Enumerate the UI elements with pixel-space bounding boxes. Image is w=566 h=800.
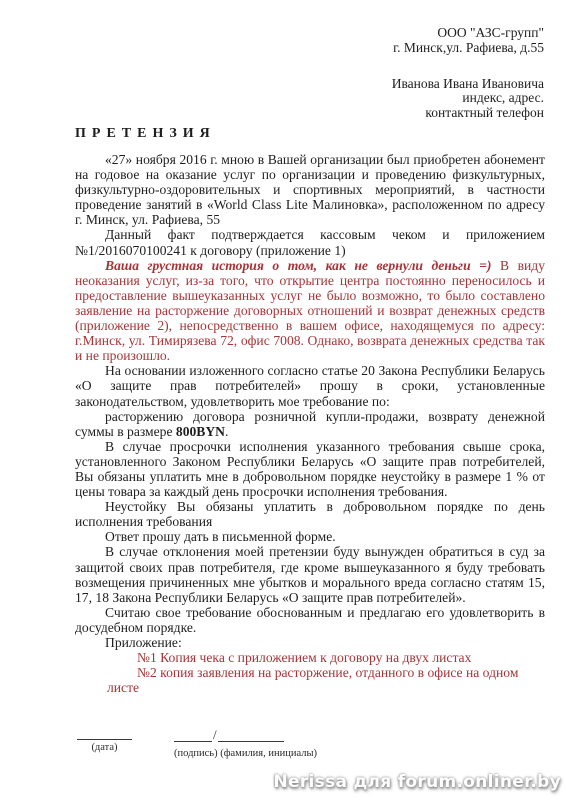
- date-label: (дата): [77, 742, 132, 753]
- document-page: ООО "АЗС-групп" г. Минск,ул. Рафиева, д.…: [0, 0, 566, 800]
- paragraph-penalty: В случае просрочки исполнения указанного…: [75, 439, 545, 499]
- signature-blank-line: [174, 732, 212, 742]
- paragraph-legal-basis: На основании изложенного согласно статье…: [75, 363, 545, 408]
- appendix-label: Приложение:: [75, 635, 545, 650]
- paragraph-purchase: «27» ноября 2016 г. мною в Вашей организ…: [75, 152, 545, 227]
- signature-label: (подпись) (фамилия, инициалы): [174, 748, 317, 759]
- signature-block: (дата) / (подпись) (фамилия, инициалы): [77, 730, 317, 759]
- recipient-block: ООО "АЗС-групп" г. Минск,ул. Рафиева, д.…: [392, 26, 544, 121]
- addressee-phone: контактный телефон: [392, 106, 544, 121]
- paragraph-penalty-payment: Неустойку Вы обязаны уплатить в добровол…: [75, 499, 545, 529]
- paragraph-court-warning: В случае отклонения моей претензии буду …: [75, 544, 545, 604]
- paragraph-demand: расторжению договора розничной купли-про…: [75, 409, 545, 439]
- signature-name-field: / (подпись) (фамилия, инициалы): [174, 730, 317, 759]
- appendix-item-1: №1 Копия чека с приложением к договору н…: [75, 650, 545, 665]
- red-story-lead: Ваша грустная история о том, как не верн…: [105, 258, 491, 273]
- document-title: ПРЕТЕНЗИЯ: [75, 126, 216, 142]
- paragraph-red-story: Ваша грустная история о том, как не верн…: [75, 258, 545, 364]
- red-story-rest: В виду неоказания услуг, из-за того, что…: [75, 258, 545, 364]
- paragraph-written-answer: Ответ прошу дать в письменной форме.: [75, 529, 545, 544]
- recipient-company-address: г. Минск,ул. Рафиева, д.55: [392, 41, 544, 56]
- date-field: (дата): [77, 730, 132, 759]
- signature-slash: /: [212, 727, 218, 742]
- name-blank-line: [218, 732, 284, 742]
- demand-text: расторжению договора розничной купли-про…: [75, 409, 545, 439]
- recipient-spacer: [392, 56, 544, 77]
- appendix-item-2: №2 копия заявления на расторжение, отдан…: [75, 665, 545, 695]
- paragraph-pretrial: Считаю свое требование обоснованным и пр…: [75, 605, 545, 635]
- signature-lines: /: [174, 730, 317, 746]
- demand-amount: 800BYN: [176, 424, 225, 439]
- watermark: Nerissa для forum.onliner.by: [274, 772, 561, 792]
- recipient-company: ООО "АЗС-групп": [392, 26, 544, 41]
- addressee-details: индекс, адрес.: [392, 91, 544, 106]
- demand-period: .: [225, 424, 228, 439]
- date-blank-line: [77, 730, 132, 740]
- document-body: «27» ноября 2016 г. мною в Вашей организ…: [75, 152, 545, 695]
- paragraph-receipt: Данный факт подтверждается кассовым чеко…: [75, 227, 545, 257]
- addressee-name: Иванова Ивана Ивановича: [392, 77, 544, 92]
